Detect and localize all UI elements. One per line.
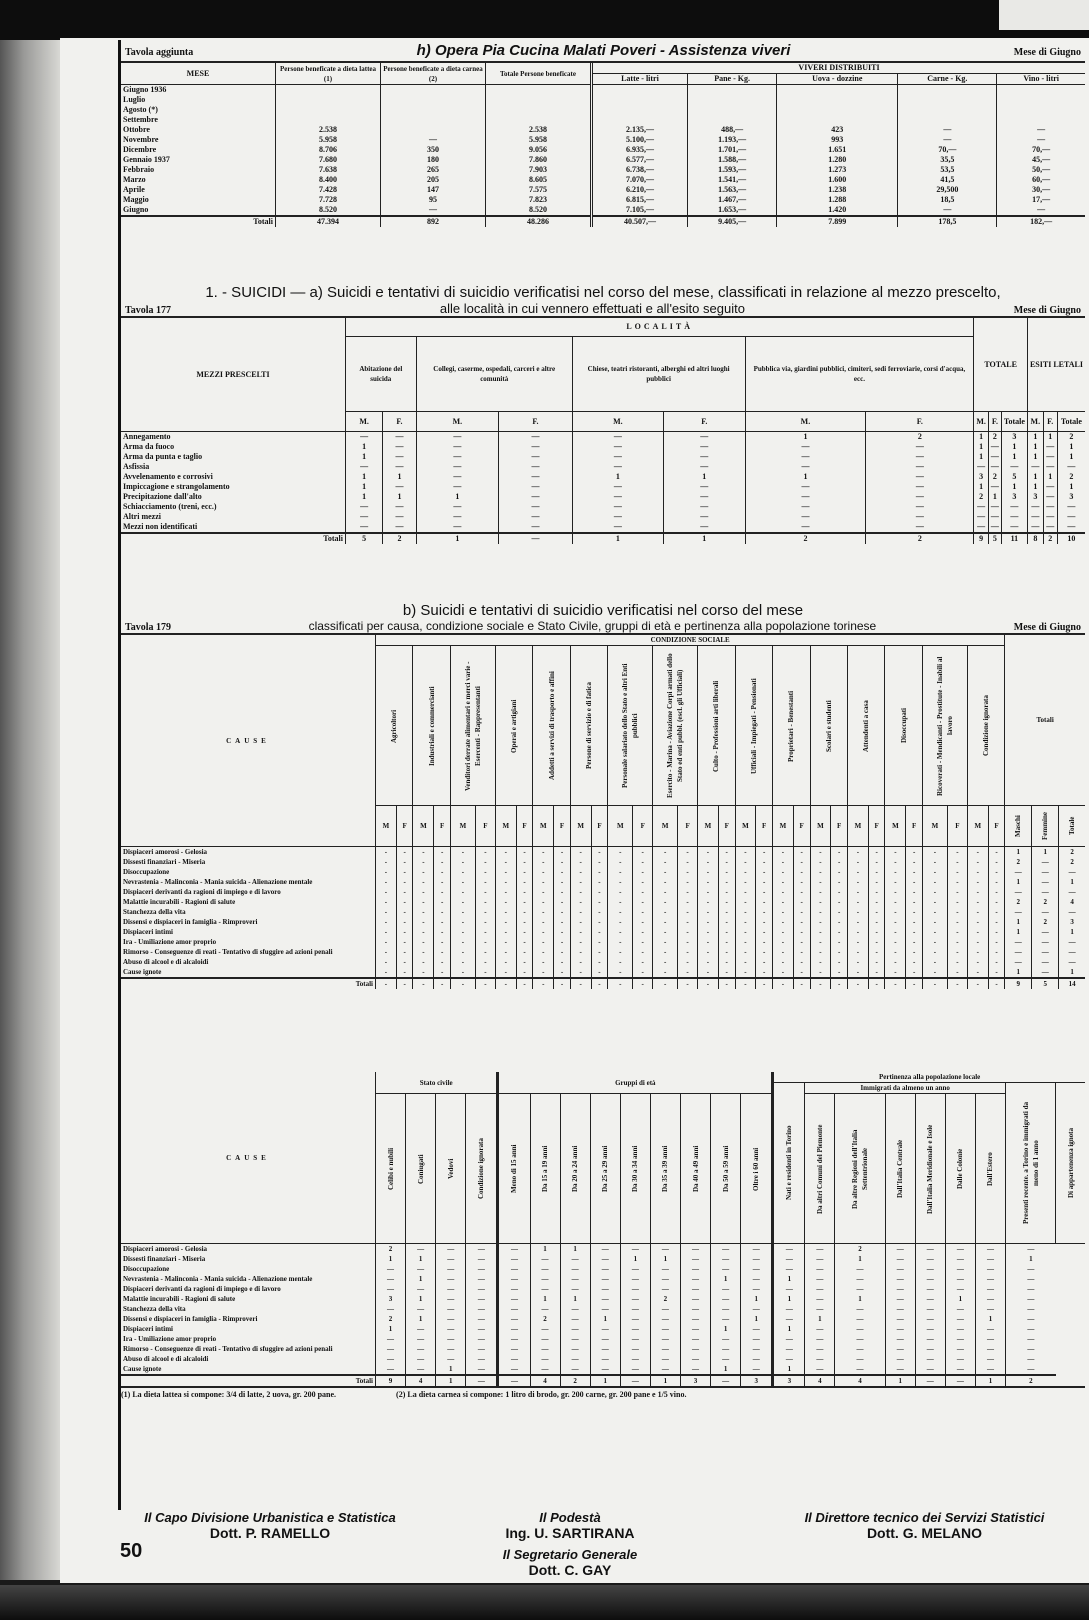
col-sub: F. [866, 412, 974, 432]
table-c-heading: b) Suicidi e tentativi di suicidio verif… [121, 602, 1085, 619]
col-sub: F. [988, 412, 1001, 432]
col-esiti: ESITI LETALI [1027, 318, 1085, 412]
col-totali-1: Femmine [1032, 806, 1059, 847]
col-eta: Gruppi di età [498, 1072, 773, 1094]
table-c: CAUSE CONDIZIONE SOCIALE Totali Agricolt… [121, 635, 1085, 989]
signature-center: Il Podestà Ing. U. SARTIRANA Il Segretar… [470, 1510, 670, 1578]
col-sub: M. [416, 412, 499, 432]
table-row: Dispiaceri derivanti da ragioni di impie… [121, 887, 1085, 897]
table-row: Cause ignote----------------------------… [121, 967, 1085, 978]
table-row: Arma da punta e taglio1———————1—11—1 [121, 452, 1085, 462]
scan-corner [999, 0, 1089, 30]
table-row: Stanchezza della vita-------------------… [121, 907, 1085, 917]
col-eta-4: Da 30 a 34 anni [620, 1094, 650, 1244]
scan-bottom-border [0, 1585, 1089, 1620]
col-mezzi: MEZZI PRESCELTI [121, 318, 346, 432]
col-pertinenza: Pertinenza alla popolazione locale [773, 1072, 1085, 1083]
table-row: Precipitazione dall'alto111—————2133—3 [121, 492, 1085, 502]
scan-top-border [0, 0, 1089, 40]
col-viveri-3: Carne - Kg. [898, 74, 997, 85]
col-cond-10: Proprietari - Benestanti [773, 646, 810, 806]
col-sub: Totale [1057, 412, 1085, 432]
col-imm-2: Dall'Italia Centrale [885, 1094, 915, 1244]
col-viveri-0: Latte - litri [592, 74, 688, 85]
table-row: Schiacciamento (treni, ecc.)————————————… [121, 502, 1085, 512]
col-loc-3: Pubblica via, giardini pubblici, cimiter… [745, 337, 974, 412]
col-loc-1: Collegi, caserme, ospedali, carceri e al… [416, 337, 572, 412]
col-sub: F. [664, 412, 745, 432]
footnote-1: (1) La dieta lattea si compone: 3/4 di l… [121, 1390, 336, 1399]
footnote-2: (2) La dieta carnea si compone: 1 litro … [396, 1390, 686, 1399]
col-mese: MESE [121, 63, 276, 85]
col-eta-0: Meno di 15 anni [498, 1094, 530, 1244]
table-row: Abuso di alcool e di alcaloidi——————————… [121, 1354, 1085, 1364]
col-eta-8: Oltre i 60 anni [741, 1094, 773, 1244]
table-row: Gennaio 19377.6801807.8606.577,—1.588,—1… [121, 155, 1085, 165]
col-stato-2: Vedovi [436, 1094, 466, 1244]
col-loc-0: Abitazione del suicida [346, 337, 417, 412]
col-sub: M. [745, 412, 866, 432]
col-cond-8: Culto - Professioni arti liberali [698, 646, 735, 806]
table-row: Settembre [121, 115, 1085, 125]
col-cond-0: Agricoltori [376, 646, 413, 806]
col-cond-6: Personale salariato dello Stato e altri … [608, 646, 653, 806]
table-row: Marzo8.4002058.6057.070,—1.541,—1.60041,… [121, 175, 1085, 185]
totals-row: Totali--------------------------------95… [121, 978, 1085, 989]
col-stato-1: Coniugati [406, 1094, 436, 1244]
col-totali-0: Maschi [1005, 806, 1032, 847]
table-a-title: h) Opera Pia Cucina Malati Poveri - Assi… [417, 42, 791, 59]
table-row: Novembre5.958—5.9585.100,—1.193,—993—— [121, 135, 1085, 145]
col-sub: F. [1043, 412, 1057, 432]
table-row: Asfissia—————————————— [121, 462, 1085, 472]
col-carnea: Persone beneficate a dieta carnea (2) [381, 63, 486, 85]
table-row: Altri mezzi—————————————— [121, 512, 1085, 522]
col-cond-1: Industriali e commercianti [413, 646, 450, 806]
table-row: Agosto (*) [121, 105, 1085, 115]
table-a: MESE Persone beneficate a dieta lattea (… [121, 63, 1085, 227]
col-cond-11: Scolari e studenti [810, 646, 847, 806]
page-binding-shadow [0, 40, 60, 1580]
table-row: Nevrastenia - Malinconia - Mania suicida… [121, 1274, 1085, 1284]
table-b-label: Tavola 177 [125, 305, 171, 316]
table-row: Ottobre2.5382.5382.135,—488,—423—— [121, 125, 1085, 135]
table-row: Nevrastenia - Malinconia - Mania suicida… [121, 877, 1085, 887]
table-row: Disoccupazione--------------------------… [121, 867, 1085, 877]
col-viveri-2: Uova - dozzine [777, 74, 898, 85]
col-cond-13: Disoccupati [885, 646, 922, 806]
col-viveri-4: Vino - litri [997, 74, 1085, 85]
signature-right: Il Direttore tecnico dei Servizi Statist… [760, 1510, 1089, 1541]
page-number: 50 [120, 1540, 142, 1563]
col-sub: F. [499, 412, 573, 432]
col-eta-6: Da 40 a 49 anni [680, 1094, 710, 1244]
table-d: CAUSE Stato civile Gruppi di età Pertine… [121, 1072, 1085, 1386]
table-row: Annegamento——————12123112 [121, 432, 1085, 443]
table-row: Malattie incurabili - Ragioni di salute-… [121, 897, 1085, 907]
col-eta-1: Da 15 a 19 anni [530, 1094, 560, 1244]
table-row: Dissensi e dispiaceri in famiglia - Rimp… [121, 1314, 1085, 1324]
col-cond-4: Addetti a servizi di trasporto e affini [533, 646, 570, 806]
col-eta-3: Da 25 a 29 anni [590, 1094, 620, 1244]
col-latte: Persone beneficate a dieta lattea (1) [276, 63, 381, 85]
table-d-section: CAUSE Stato civile Gruppi di età Pertine… [121, 1072, 1085, 1399]
table-row: Rimorso - Conseguenze di reati - Tentati… [121, 947, 1085, 957]
col-imm-4: Dalle Colonie [945, 1094, 975, 1244]
col-stato-3: Condizione ignorata [466, 1094, 498, 1244]
col-cond-3: Operai e artigiani [495, 646, 532, 806]
table-row: Stanchezza della vita———————————————————… [121, 1304, 1085, 1314]
table-b-heading2: alle località in cui vennero effettuati … [440, 301, 745, 316]
table-row: Cause ignote——1————————1—1——————— [121, 1364, 1085, 1375]
footnotes: (1) La dieta lattea si compone: 3/4 di l… [121, 1386, 1085, 1399]
col-cond-7: Esercito - Marina - Aviazione Corpi arma… [653, 646, 698, 806]
col-cond-14: Ricoverati - Mendicanti - Prostitute - I… [922, 646, 967, 806]
col-sub: F. [383, 412, 416, 432]
table-a-month: Mese di Giugno [1014, 47, 1081, 58]
col-loc-2: Chiese, teatri ristoranti, alberghi ed a… [572, 337, 745, 412]
table-a-section: Tavola aggiunta h) Opera Pia Cucina Mala… [121, 40, 1085, 227]
table-row: Giugno 1936 [121, 85, 1085, 96]
totals-row: Totali47.39489248.28640.507,—9.405,—7.89… [121, 216, 1085, 227]
table-c-section: b) Suicidi e tentativi di suicidio verif… [121, 602, 1085, 989]
col-cond-12: Attendenti a casa [847, 646, 884, 806]
table-row: Aprile7.4281477.5756.210,—1.563,—1.23829… [121, 185, 1085, 195]
col-ignota: Di appartenenza ignota [1056, 1083, 1085, 1244]
table-row: Mezzi non identificati—————————————— [121, 522, 1085, 533]
col-sub: Totale [1001, 412, 1027, 432]
col-condizione: CONDIZIONE SOCIALE [376, 635, 1005, 646]
table-row: Ira - Umiliazione amor proprio----------… [121, 937, 1085, 947]
col-imm-1: Da altre Regioni dell'Italia Settentrion… [835, 1094, 885, 1244]
col-cause: CAUSE [121, 1072, 376, 1244]
col-sub: M. [346, 412, 383, 432]
table-row: Maggio7.728957.8236.815,—1.467,—1.28818,… [121, 195, 1085, 205]
table-c-month: Mese di Giugno [1014, 622, 1081, 633]
table-row: Dispiaceri derivanti da ragioni di impie… [121, 1284, 1085, 1294]
col-sub: M. [1027, 412, 1043, 432]
col-eta-5: Da 35 a 39 anni [650, 1094, 680, 1244]
table-a-label: Tavola aggiunta [125, 47, 193, 58]
signature-left: Il Capo Divisione Urbanistica e Statisti… [120, 1510, 420, 1541]
table-row: Dispiaceri intimi-----------------------… [121, 927, 1085, 937]
totals-row: Totali941——421—13—33441——12 [121, 1375, 1085, 1386]
col-imm-3: Dall'Italia Meridionale e Isole [915, 1094, 945, 1244]
col-stato-civile: Stato civile [376, 1072, 498, 1094]
col-imm-5: Dall'Estero [975, 1094, 1005, 1244]
col-sub: M. [974, 412, 989, 432]
col-cause: CAUSE [121, 635, 376, 847]
table-row: Dispiaceri amorosi - Gelosia2————11—————… [121, 1244, 1085, 1255]
col-nati: Nati e residenti in Torino [773, 1083, 805, 1244]
table-row: Dissesti finanziari - Miseria11——————11—… [121, 1254, 1085, 1264]
table-row: Dissesti finanziari - Miseria-----------… [121, 857, 1085, 867]
table-row: Dicembre8.7063509.0566.935,—1.701,—1.651… [121, 145, 1085, 155]
col-cond-9: Ufficiali - Impiegati - Pensionati [735, 646, 772, 806]
col-sub: M. [572, 412, 663, 432]
table-row: Ira - Umiliazione amor proprio——————————… [121, 1334, 1085, 1344]
col-eta-7: Da 50 a 59 anni [711, 1094, 741, 1244]
col-cond-15: Condizione ignorata [967, 646, 1004, 806]
col-eta-2: Da 20 a 24 anni [560, 1094, 590, 1244]
col-totali-2: Totale [1059, 806, 1085, 847]
col-cond-5: Persone di servizio e di fatica [570, 646, 607, 806]
table-row: Malattie incurabili - Ragioni di salute3… [121, 1294, 1085, 1304]
col-totale: Totale Persone beneficate [486, 63, 592, 85]
col-totale: TOTALE [974, 318, 1028, 412]
table-row: Rimorso - Conseguenze di reati - Tentati… [121, 1344, 1085, 1354]
col-localita: LOCALITÀ [346, 318, 974, 337]
col-viveri: VIVERI DISTRIBUITI [592, 63, 1086, 74]
table-row: Avvelenamento e corrosivi11——111—325112 [121, 472, 1085, 482]
col-presenti: Presenti recente. a Torino e immigrati d… [1006, 1083, 1056, 1244]
table-row: Dispiaceri intimi1——————————1—1——————— [121, 1324, 1085, 1334]
table-row: Giugno8.520—8.5207.105,—1.653,—1.420—— [121, 205, 1085, 216]
table-row: Dissensi e dispiaceri in famiglia - Rimp… [121, 917, 1085, 927]
table-row: Dispiaceri amorosi - Gelosia------------… [121, 847, 1085, 858]
table-c-heading2: classificati per causa, condizione socia… [309, 619, 877, 633]
col-imm-0: Da altri Comuni del Piemonte [805, 1094, 835, 1244]
table-row: Impiccagione e strangolamento1———————1—1… [121, 482, 1085, 492]
table-b: MEZZI PRESCELTI LOCALITÀ TOTALE ESITI LE… [121, 318, 1085, 544]
table-b-section: 1. - SUICIDI — a) Suicidi e tentativi di… [121, 284, 1085, 544]
totals-row: Totali521—112295118210 [121, 533, 1085, 544]
table-row: Disoccupazione————————————————————— [121, 1264, 1085, 1274]
col-cond-2: Venditori derrate alimentari e merci var… [450, 646, 495, 806]
table-row: Arma da fuoco1———————1—11—1 [121, 442, 1085, 452]
col-stato-0: Celibi e nubili [376, 1094, 406, 1244]
table-row: Abuso di alcool e di alcaloidi----------… [121, 957, 1085, 967]
table-row: Luglio [121, 95, 1085, 105]
col-viveri-1: Pane - Kg. [687, 74, 776, 85]
col-immigrati: Immigrati da almeno un anno [805, 1083, 1006, 1094]
table-c-label: Tavola 179 [125, 622, 171, 633]
table-b-month: Mese di Giugno [1014, 305, 1081, 316]
table-b-heading: 1. - SUICIDI — a) Suicidi e tentativi di… [121, 284, 1085, 301]
table-row: Febbraio7.6382657.9036.738,—1.593,—1.273… [121, 165, 1085, 175]
col-totali: Totali [1005, 635, 1085, 806]
